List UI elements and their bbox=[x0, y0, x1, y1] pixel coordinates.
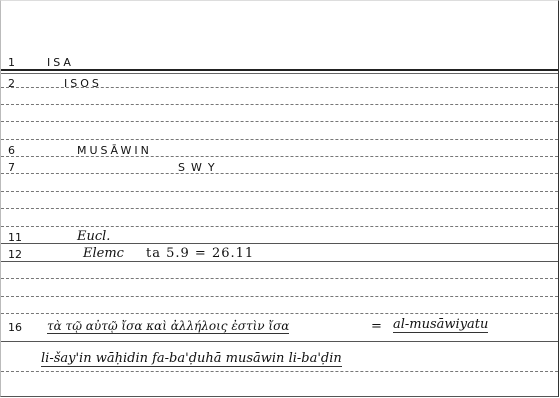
rule-line bbox=[1, 173, 558, 174]
row-number: 16 bbox=[8, 321, 22, 334]
arabic-transliteration: al-musāwiyatu bbox=[393, 317, 488, 333]
entry-text: SWY bbox=[178, 161, 221, 174]
rule-line bbox=[1, 104, 558, 105]
rule-line bbox=[1, 121, 558, 122]
entry-text: ta 5.9 = 26.11 bbox=[146, 246, 254, 261]
greek-text: τὰ τῷ αὐτῷ ἴσα καὶ ἀλλήλοις ἐστὶν ἴσα bbox=[47, 319, 289, 334]
rule-line bbox=[1, 69, 558, 71]
rule-line bbox=[1, 296, 558, 297]
row-number: 1 bbox=[8, 56, 15, 69]
index-card: 1 ISA 2 ISOS 6 MUSĀWIN 7 SWY 11 Eucl. 12… bbox=[0, 0, 559, 397]
continuation-text: li-šay'in wāḥidin fa-ba'ḍuhā musāwin li-… bbox=[41, 351, 342, 367]
rule-line bbox=[1, 139, 558, 140]
entry-text: Elemc bbox=[83, 246, 124, 261]
row-number: 12 bbox=[8, 248, 22, 261]
rule-line bbox=[1, 371, 558, 372]
row-number: 11 bbox=[8, 231, 22, 244]
row-number: 6 bbox=[8, 144, 15, 157]
entry-text: ISOS bbox=[64, 77, 102, 90]
row-number: 2 bbox=[8, 77, 15, 90]
rule-line bbox=[1, 208, 558, 209]
entry-text: Eucl. bbox=[77, 229, 110, 244]
row-number: 7 bbox=[8, 161, 15, 174]
rule-line bbox=[1, 261, 558, 262]
rule-line bbox=[1, 278, 558, 279]
equals-sign: = bbox=[371, 319, 382, 334]
rule-line bbox=[1, 341, 558, 342]
entry-text: MUSĀWIN bbox=[77, 144, 152, 157]
rule-line bbox=[1, 191, 558, 192]
entry-text: ISA bbox=[47, 56, 74, 69]
rule-line bbox=[1, 226, 558, 227]
rule-line bbox=[1, 313, 558, 314]
